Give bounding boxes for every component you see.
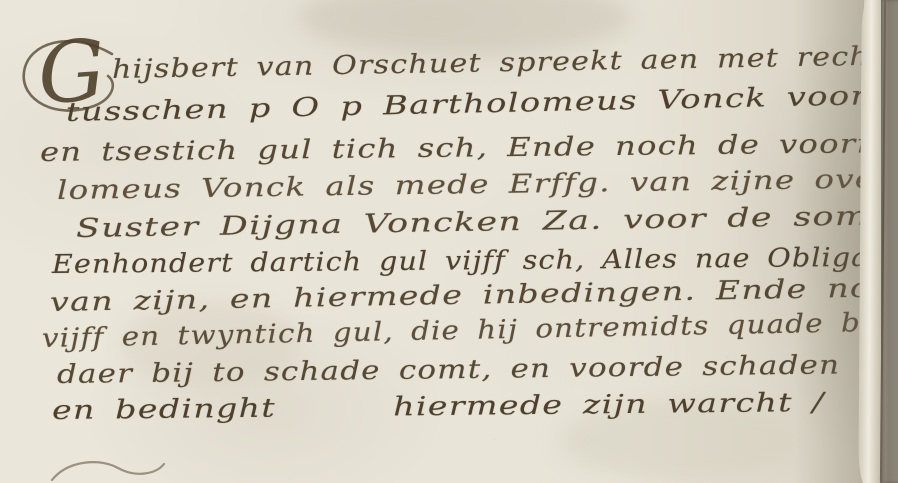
manuscript-line: en tsestich gul tich sch, Ende noch de v… bbox=[40, 129, 898, 169]
next-entry-flourish bbox=[48, 458, 168, 483]
manuscript-line: en bedinght hiermede zijn warcht / bbox=[52, 389, 825, 427]
manuscript-line: lomeus Vonck als mede Erffg. van zijne o… bbox=[57, 164, 898, 207]
manuscript-line: daer bij to schade comt, en voorde schad… bbox=[57, 349, 898, 391]
manuscript-line: hijsbert van Orschuet spreekt aen met re… bbox=[112, 43, 884, 86]
manuscript-page: G hijsbert van Orschuet spreekt aen met … bbox=[0, 0, 898, 483]
manuscript-line: Suster Dijgna Voncken Za. voor de somme … bbox=[76, 199, 898, 244]
manuscript-line: tusschen p O p Bartholomeus Vonck voor S… bbox=[66, 78, 898, 129]
